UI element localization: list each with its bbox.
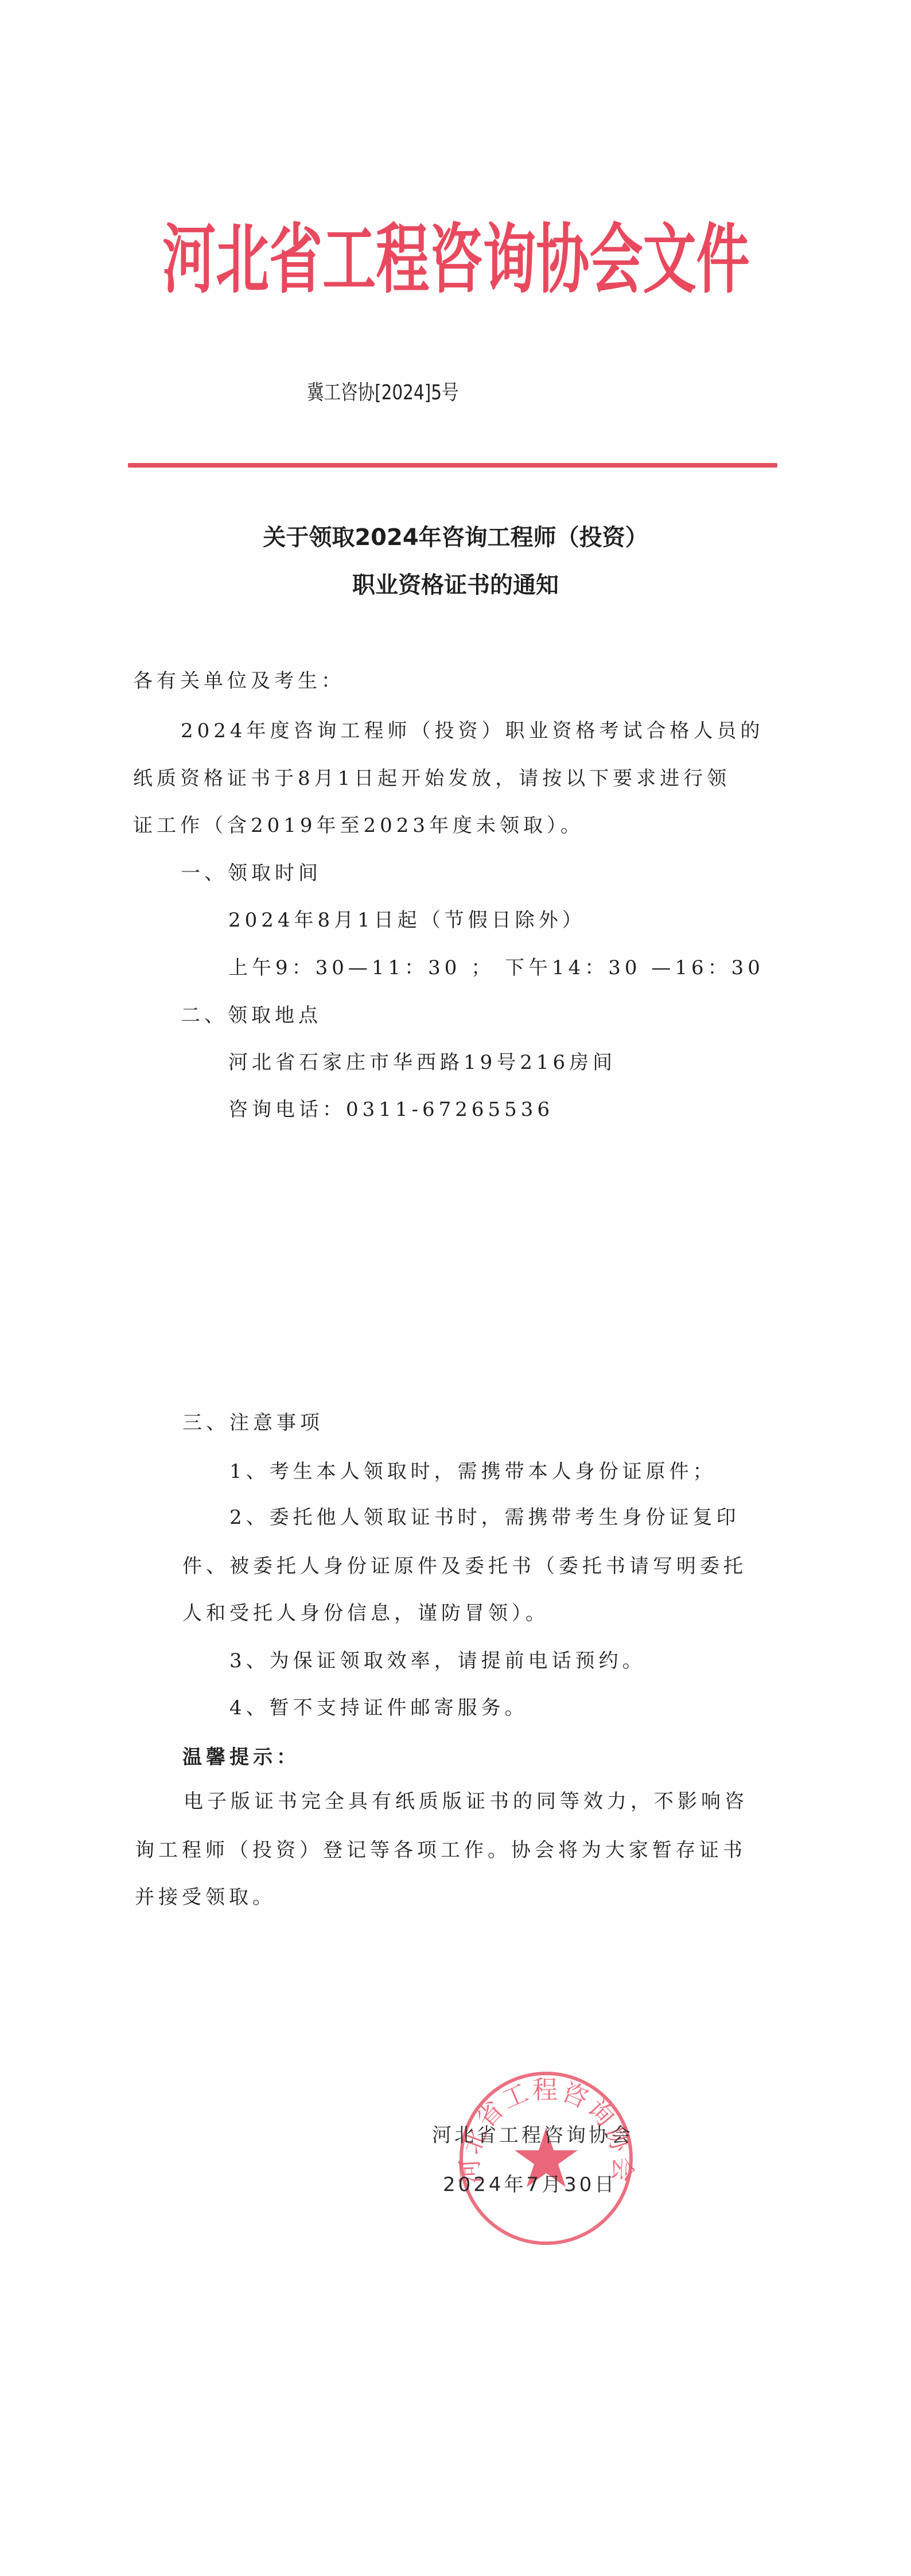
- notice-title-line-1: 关于领取2024年咨询工程师（投资）: [0, 523, 911, 552]
- tip-line-1: 电子版证书完全具有纸质版证书的同等效力，不影响咨: [184, 1789, 748, 1814]
- note-item-4: 4、暂不支持证件邮寄服务。: [229, 1695, 528, 1721]
- tip-line-3: 并接受领取。: [135, 1885, 276, 1910]
- section-heading-time: 一、领取时间: [181, 861, 322, 886]
- document-number-text: 冀工咨协[2024]5号: [307, 379, 459, 407]
- red-divider-rule: [128, 463, 777, 468]
- note-item-3: 3、为保证领取效率，请提前电话预约。: [229, 1648, 646, 1674]
- notice-title-line-2: 职业资格证书的通知: [0, 571, 911, 600]
- intro-line-1: 2024年度咨询工程师（投资）职业资格考试合格人员的: [181, 718, 764, 744]
- document-number: 冀工咨协[2024]5号: [307, 379, 492, 407]
- contact-phone: 咨询电话：0311-67265536: [228, 1097, 554, 1122]
- note-item-2-cont-2: 人和受托人身份信息，谨防冒领）。: [182, 1601, 549, 1626]
- pickup-date: 2024年8月1日起（节假日除外）: [228, 908, 586, 933]
- pickup-hours: 上午9：30—11：30 ； 下午14：30 —16：30: [228, 955, 764, 980]
- signature-date: 2024年7月30日: [443, 2172, 617, 2197]
- tip-heading: 温馨提示：: [182, 1745, 300, 1770]
- org-title: 河北省工程咨询协会文件: [162, 217, 750, 303]
- intro-line-3: 证工作（含2019年至2023年度未领取）。: [133, 813, 584, 838]
- pickup-address: 河北省石家庄市华西路19号216房间: [228, 1050, 616, 1075]
- intro-line-2: 纸质资格证书于8月1日起开始发放，请按以下要求进行领: [133, 766, 730, 791]
- document-page: 河北省工程咨询协会文件 冀工咨协[2024]5号 关于领取2024年咨询工程师（…: [0, 0, 911, 2576]
- note-item-2-cont-1: 件、被委托人身份证原件及委托书（委托书请写明委托: [182, 1554, 747, 1579]
- note-item-1: 1、考生本人领取时，需携带本人身份证原件；: [229, 1459, 717, 1484]
- org-red-header: 河北省工程咨询协会文件: [162, 217, 753, 303]
- section-heading-location: 二、领取地点: [181, 1003, 322, 1028]
- salutation: 各有关单位及考生：: [133, 668, 345, 694]
- signature-org: 河北省工程咨询协会: [432, 2123, 633, 2148]
- tip-line-2: 询工程师（投资）登记等各项工作。协会将为大家暂存证书: [135, 1838, 746, 1863]
- note-item-2: 2、委托他人领取证书时，需携带考生身份证复印: [229, 1505, 740, 1530]
- section-heading-notes: 三、注意事项: [182, 1410, 324, 1435]
- official-seal: 河北省工程咨询协会: [458, 2070, 634, 2247]
